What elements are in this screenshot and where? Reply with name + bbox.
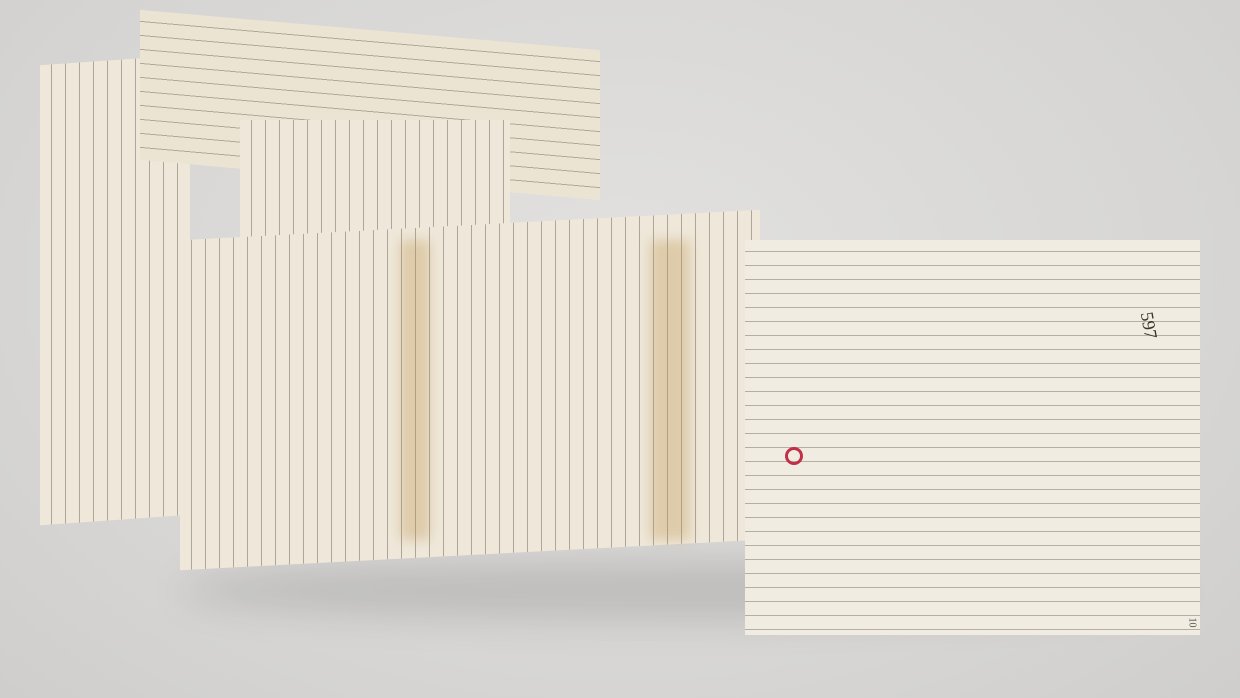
folio-number: 597 (1136, 310, 1161, 340)
stain (650, 240, 690, 540)
manuscript-last-page (745, 240, 1200, 635)
page-number: 10 (1187, 618, 1198, 628)
library-stamp (785, 447, 803, 465)
stain (400, 240, 430, 540)
